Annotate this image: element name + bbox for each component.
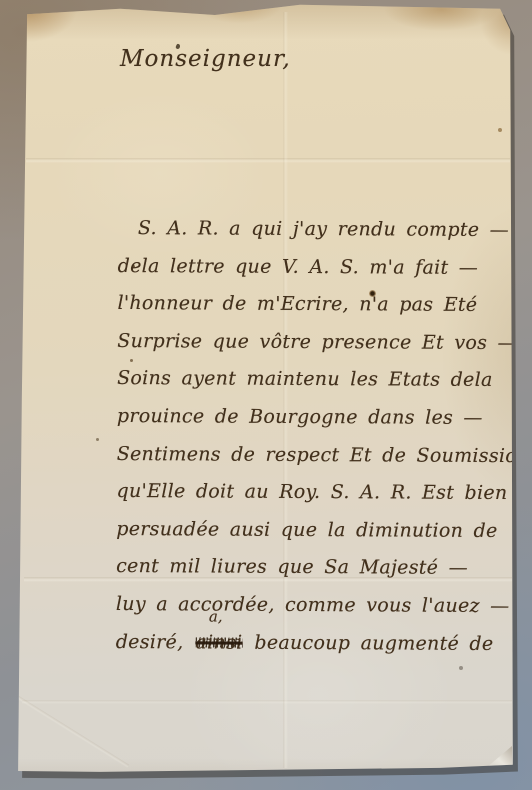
amended-text-before: desiré, [116,631,184,653]
foxing-speck [459,666,463,670]
struck-word-text: ainsi [195,631,242,653]
manuscript-line-amended: desiré,ainsia,beaucoup augmenté de [116,624,529,664]
foxing-speck [96,438,99,441]
horizontal-fold-crease [22,700,512,704]
manuscript-line: S. A. R. a qui j'ay rendu compte — [118,210,531,250]
manuscript-line: Sentimens de respect Et de Soumission [117,436,530,476]
amended-text-after: beaucoup augmenté de [254,631,493,654]
manuscript-line: prouince de Bourgogne dans les — [117,398,530,438]
horizontal-fold-crease [26,158,510,163]
manuscript-line: cent mil liures que Sa Majesté — [116,548,529,588]
photo-of-manuscript: { "colors": { "backdrop_warm": "#97897a"… [0,0,532,790]
diagonal-crease [17,696,129,768]
manuscript-line: dela lettre que V. A. S. m'a fait — [118,248,531,288]
manuscript-line: Surprise que vôtre presence Et vos — [117,323,530,363]
struck-word: ainsia, [193,624,244,662]
manuscript-line: Soins ayent maintenu les Etats dela [117,360,530,400]
letter-body: S. A. R. a qui j'ay rendu compte — dela … [116,210,531,663]
manuscript-line: qu'Elle doit au Roy. S. A. R. Est bien [116,473,529,513]
letter-paper: Monseigneur, S. A. R. a qui j'ay rendu c… [0,0,532,790]
insertion-above-strike: a, [209,609,223,624]
manuscript-line: persuadée ausi que la diminution de [116,511,529,551]
foxing-speck [498,128,502,132]
manuscript-line: l'honneur de m'Ecrire, n'a pas Eté [117,285,530,325]
manuscript-line: luy a accordée, comme vous l'auez — [116,586,529,626]
salutation-text: Monseigneur, [120,46,291,72]
corner-curl [486,746,512,768]
